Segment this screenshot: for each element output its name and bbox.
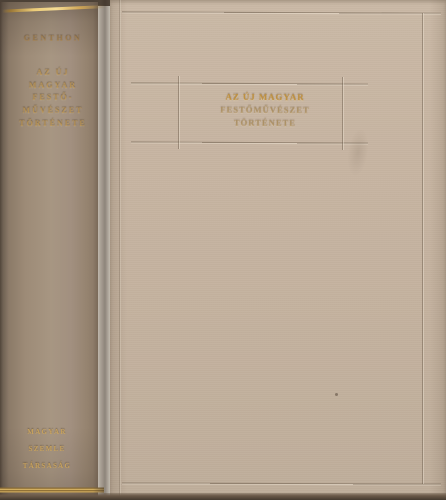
cloth-speck-mark	[335, 393, 338, 396]
cover-title-line: TÖRTÉNETE	[183, 117, 347, 131]
book-photo: GENTHON AZ ÚJ MAGYAR FESTŐ- MŰVÉSZET TÖR…	[0, 0, 446, 500]
title-panel-left-rule	[178, 76, 180, 149]
spine-publisher-line: SZEMLE	[2, 441, 92, 458]
spine-publisher: MAGYAR SZEMLE TÁRSASÁG	[2, 424, 92, 475]
spine-title-line: MŰVÉSZET	[7, 105, 99, 118]
front-cover	[110, 0, 446, 496]
spine-title-line: MAGYAR	[7, 80, 99, 93]
cover-title-line: FESTŐMŰVÉSZET	[183, 104, 347, 118]
spine-title-line: TÖRTÉNETE	[7, 118, 99, 131]
book-bottom-shadow	[0, 493, 446, 500]
cover-title-line: AZ ÚJ MAGYAR	[183, 91, 347, 105]
spine-author-name: GENTHON	[8, 34, 98, 43]
spine-publisher-line: TÁRSASÁG	[2, 458, 92, 475]
cover-title: AZ ÚJ MAGYAR FESTŐMŰVÉSZET TÖRTÉNETE	[183, 91, 347, 131]
spine-publisher-line: MAGYAR	[2, 424, 92, 441]
cover-frame-right-rule	[422, 13, 424, 484]
spine-title-line: AZ ÚJ	[7, 67, 99, 80]
cover-left-blind-rule	[119, 0, 121, 496]
spine-title-line: FESTŐ-	[7, 92, 99, 105]
spine-title: AZ ÚJ MAGYAR FESTŐ- MŰVÉSZET TÖRTÉNETE	[7, 67, 99, 131]
